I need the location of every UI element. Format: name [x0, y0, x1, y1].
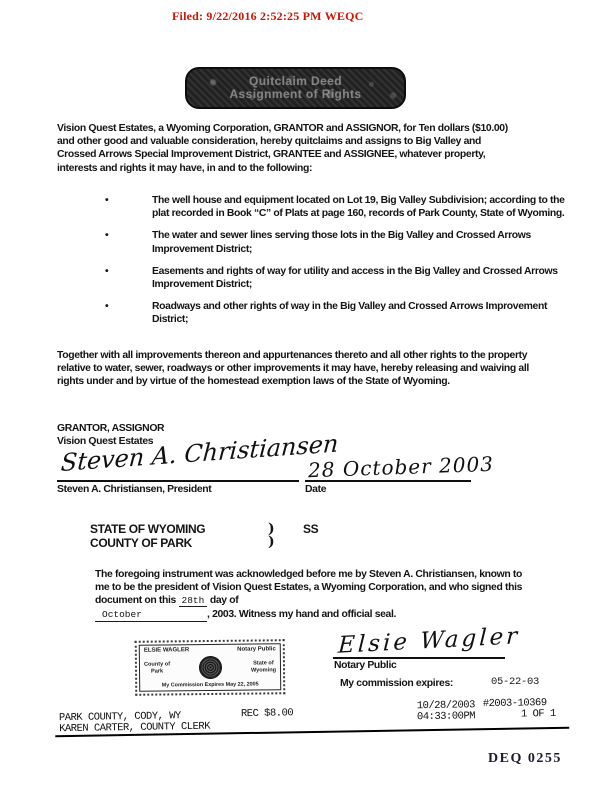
venue-brace-bottom: ): [268, 534, 275, 550]
granting-paragraph: Vision Quest Estates, a Wyoming Corporat…: [57, 122, 522, 175]
grantor-label: GRANTOR, ASSIGNOR: [57, 422, 164, 435]
stamp-county-line1: County of: [144, 662, 170, 668]
acknowledgment-paragraph: The foregoing instrument was acknowledge…: [95, 568, 527, 622]
stamp-county-line2: Park: [151, 668, 163, 674]
ack-month-fillin: October: [95, 609, 207, 622]
ack-text-2: day of: [207, 595, 238, 606]
stamp-state-line1: State of: [253, 660, 274, 666]
stamp-expiration: My Commission Expires May 22, 2005: [144, 681, 276, 688]
recording-time: 04:33:00PM: [417, 711, 475, 723]
commission-expires-value: 05-22-03: [491, 676, 539, 688]
county-recording-stamp: PARK COUNTY, CODY, WY KAREN CARTER, COUN…: [55, 698, 567, 737]
bullet-text-water-sewer: The water and sewer lines serving those …: [152, 229, 575, 255]
venue-state: STATE OF WYOMING: [90, 523, 205, 537]
recording-fee: REC $8.00: [241, 708, 293, 719]
signature-line: [57, 480, 299, 482]
bullet-text-well-house: The well house and equipment located on …: [152, 194, 575, 220]
notary-seal-icon: [199, 656, 222, 679]
bullet-icon: •: [105, 265, 152, 291]
bullet-text-easements: Easements and rights of way for utility …: [152, 265, 575, 291]
list-item: • Easements and rights of way for utilit…: [105, 265, 575, 291]
notary-signature-handwriting: Elsie Wagler: [337, 623, 520, 659]
notary-rubber-stamp: ELSIE WAGLER Notary Public County of Par…: [139, 643, 281, 691]
quitclaim-deed-title-stamp: Quitclaim Deed Assignment of Rights: [185, 67, 406, 109]
venue-county: COUNTY OF PARK: [90, 537, 205, 551]
ack-day-fillin: 28th: [179, 595, 208, 607]
venue-ss: SS: [303, 523, 318, 536]
stamp-state: State of Wyoming: [251, 660, 276, 673]
ack-text-1: The foregoing instrument was acknowledge…: [95, 569, 522, 606]
date-line: [305, 480, 471, 482]
stamp-state-line2: Wyoming: [251, 667, 276, 673]
commission-expires-label: My commission expires:: [340, 677, 453, 690]
deq-page-number: DEQ 0255: [488, 751, 562, 767]
ack-month-text: October: [102, 609, 142, 620]
date-handwriting: 28 October 2003: [308, 452, 495, 482]
bullet-icon: •: [105, 194, 152, 220]
recording-pages: 1 OF 1: [521, 708, 556, 719]
filed-header: Filed: 9/22/2016 2:52:25 PM WEQC: [172, 9, 364, 24]
list-item: • The water and sewer lines serving thos…: [105, 229, 575, 255]
recording-clerk: KAREN CARTER, COUNTY CLERK: [59, 721, 210, 734]
list-item: • The well house and equipment located o…: [105, 194, 575, 220]
ack-text-3: , 2003. Witness my hand and official sea…: [207, 609, 396, 620]
list-item: • Roadways and other rights of way in th…: [105, 300, 575, 326]
notary-public-label: Notary Public: [334, 659, 396, 672]
stamp-notary-name: ELSIE WAGLER: [144, 647, 189, 653]
venue-block: STATE OF WYOMING COUNTY OF PARK: [90, 523, 205, 550]
bullet-text-roadways: Roadways and other rights of way in the …: [152, 300, 575, 326]
stamp-county: County of Park: [144, 662, 170, 675]
together-with-paragraph: Together with all improvements thereon a…: [57, 349, 552, 389]
bullet-icon: •: [105, 229, 152, 255]
stamp-notary-title: Notary Public: [237, 646, 276, 652]
title-stamp-line2: Assignment of Rights: [229, 88, 361, 101]
date-label: Date: [305, 483, 326, 496]
signer-printed-name: Steven A. Christiansen, President: [57, 483, 211, 496]
property-bullet-list: • The well house and equipment located o…: [105, 194, 575, 336]
bullet-icon: •: [105, 300, 152, 326]
